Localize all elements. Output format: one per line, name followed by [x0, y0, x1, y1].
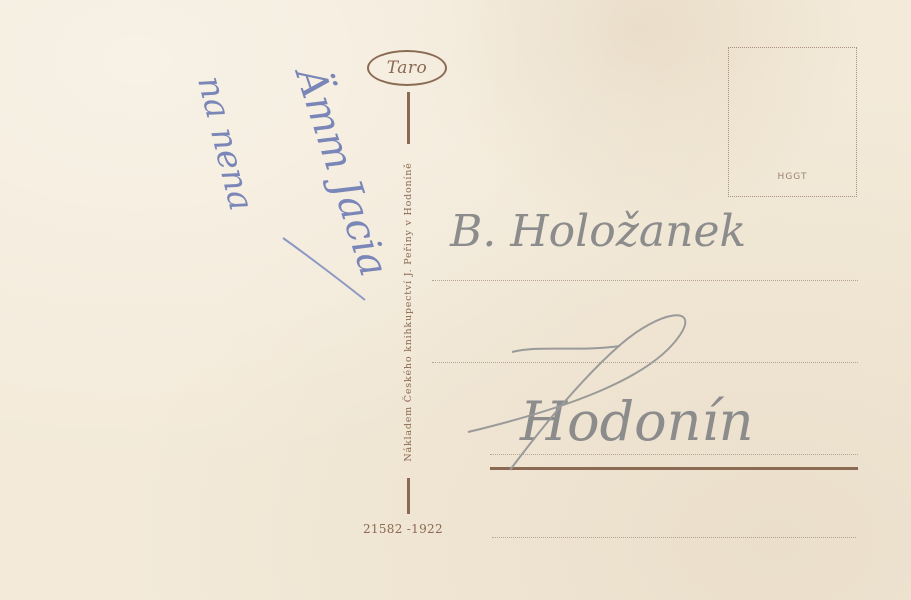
- handwritten-addressee-city: Hodonín: [520, 390, 754, 453]
- handwritten-addressee-name: B. Holožanek: [450, 206, 746, 257]
- publisher-logo-text: Taro: [387, 58, 428, 78]
- divider-line-top: [407, 92, 410, 144]
- stamp-box: HGGT: [728, 47, 857, 197]
- publisher-logo: Taro: [367, 50, 447, 86]
- address-line-4: [492, 537, 856, 538]
- stamp-box-code: HGGT: [729, 172, 856, 182]
- address-line-1: [432, 280, 858, 281]
- postcard-back: Taro Nákladem Českého knihkupectví J. Pe…: [0, 0, 911, 600]
- serial-number: 21582 -1922: [363, 522, 443, 536]
- divider-line-bottom: [407, 478, 410, 514]
- publisher-imprint: Nákladem Českého knihkupectví J. Peřiny …: [402, 142, 416, 482]
- address-underline: [490, 467, 858, 470]
- address-line-2: [432, 362, 858, 363]
- address-line-3: [490, 454, 858, 455]
- handwritten-message-line-1: Ämm Jacia: [286, 62, 397, 282]
- handwritten-message-line-2: na nena: [189, 72, 261, 215]
